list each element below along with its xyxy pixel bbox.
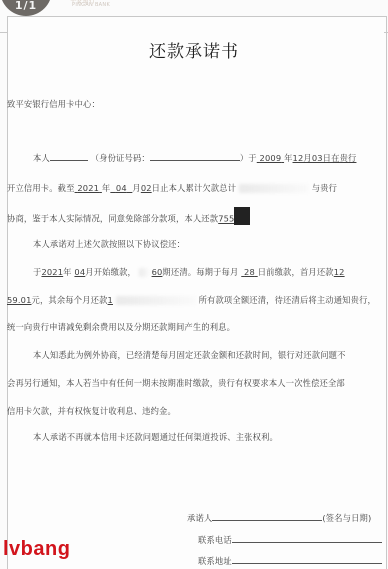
id-close: ）于 — [240, 153, 257, 163]
open-month-day: 12月03日在贵行 — [293, 153, 357, 163]
id-number-blank[interactable] — [150, 152, 240, 161]
para3-line3: 统一向贵行申请减免剩余费用以及分期还款期间产生的利息。 — [7, 321, 235, 333]
para1-line2: 开立信用卡。截至 2021 年 04 月02日止本人累计欠款总计 与贵行 — [7, 182, 337, 194]
start-year: 2021 — [41, 267, 63, 277]
year-unit: 年 — [284, 153, 292, 163]
monthly-amount-partial: 1 — [108, 295, 113, 305]
due-text: 日前缴款，首月还款 — [258, 267, 334, 277]
name-blank[interactable] — [50, 152, 88, 161]
as-of-month: 04 — [110, 183, 132, 193]
settle-text: 所有款项全额还清，待还清后将主动通知贵行， — [199, 295, 376, 305]
blurred-monthly-amount — [116, 296, 196, 305]
as-of-year: 2021 — [75, 183, 102, 193]
waiver-text: 协商，鉴于本人实际情况，同意免除部分款项，本人还款 — [7, 214, 218, 224]
as-of-month-unit: 月 — [132, 183, 140, 193]
first-payment-part1: 12 — [334, 267, 345, 277]
repay-amount: 755 — [218, 214, 234, 224]
address-blank[interactable] — [232, 555, 382, 564]
bank-logo-subtext: PINGAN BANK — [72, 2, 110, 8]
para1-line3: 协商，鉴于本人实际情况，同意免除部分款项，本人还款755 — [7, 210, 250, 228]
para4-line3: 信用卡欠款，并有权恢复计收利息、违约金。 — [7, 405, 176, 417]
sheet-edge-left — [0, 32, 8, 33]
para5: 本人承诺不再就本信用卡还款问题通过任何渠道投诉、主张权利。 — [33, 431, 278, 443]
para3-line2: 59.01元，其余每个月还款1 所有款项全额还清，待还清后将主动通知贵行， — [7, 294, 376, 306]
phone-row: 联系电话 — [198, 534, 382, 546]
sheet-edge-right — [384, 32, 388, 33]
blurred-total-debt — [239, 184, 309, 193]
total-debt-label: 日止本人累计欠款总计 — [152, 183, 236, 193]
blurred-periods-prefix — [139, 268, 149, 277]
monthly-text: 元，其余每个月还款 — [32, 295, 108, 305]
document-title: 还款承诺书 — [0, 37, 388, 62]
para4-line1: 本人知悉此为例外协商，已经清楚每月固定还款金额和还款时间，银行对还款问题不 — [33, 349, 346, 361]
para2: 本人承诺对上述欠款按照以下协议偿还： — [33, 238, 185, 250]
signer-row: 承诺人(签名与日期) — [187, 512, 371, 524]
first-payment-part2: 59.01 — [7, 295, 32, 305]
redaction-block — [234, 207, 250, 225]
phone-label: 联系电话 — [198, 535, 232, 545]
bank-logo: 平安银行 PINGAN BANK — [70, 0, 146, 10]
salutation: 致平安银行信用卡中心： — [7, 98, 100, 110]
open-year: 2009 — [257, 153, 284, 163]
para1-line1: 本人 （身份证号码：）于 2009 年12月03日在贵行 — [33, 152, 356, 164]
signer-label: 承诺人 — [187, 513, 212, 523]
id-label: （身份证号码： — [91, 153, 150, 163]
self-label: 本人 — [33, 153, 50, 163]
signer-blank[interactable] — [212, 512, 322, 521]
signer-note: (签名与日期) — [322, 513, 371, 523]
page-counter: 1/1 — [0, 0, 52, 16]
open-card-text: 开立信用卡。截至 — [7, 183, 75, 193]
periods-count: 60 — [152, 267, 163, 277]
watermark: lvbang — [3, 538, 70, 561]
negotiate-text: 与贵行 — [312, 183, 337, 193]
as-of-day: 02 — [141, 183, 152, 193]
start-text: 月开始缴款， — [85, 267, 136, 277]
address-row: 联系地址 — [198, 555, 382, 567]
due-day: 28 — [241, 267, 257, 277]
periods-text: 期还清。每期于每月 — [162, 267, 238, 277]
start-year-unit: 年 — [63, 267, 71, 277]
para4-line2: 会再另行通知，本人若当中有任何一期未按期准时缴款，贵行有权要求本人一次性偿还全部 — [7, 377, 345, 389]
start-month: 04 — [74, 267, 85, 277]
para3-line1: 于2021年 04月开始缴款， 60期还清。每期于每月 28 日前缴款，首月还款… — [33, 266, 345, 278]
phone-blank[interactable] — [232, 534, 382, 543]
address-label: 联系地址 — [198, 556, 232, 566]
